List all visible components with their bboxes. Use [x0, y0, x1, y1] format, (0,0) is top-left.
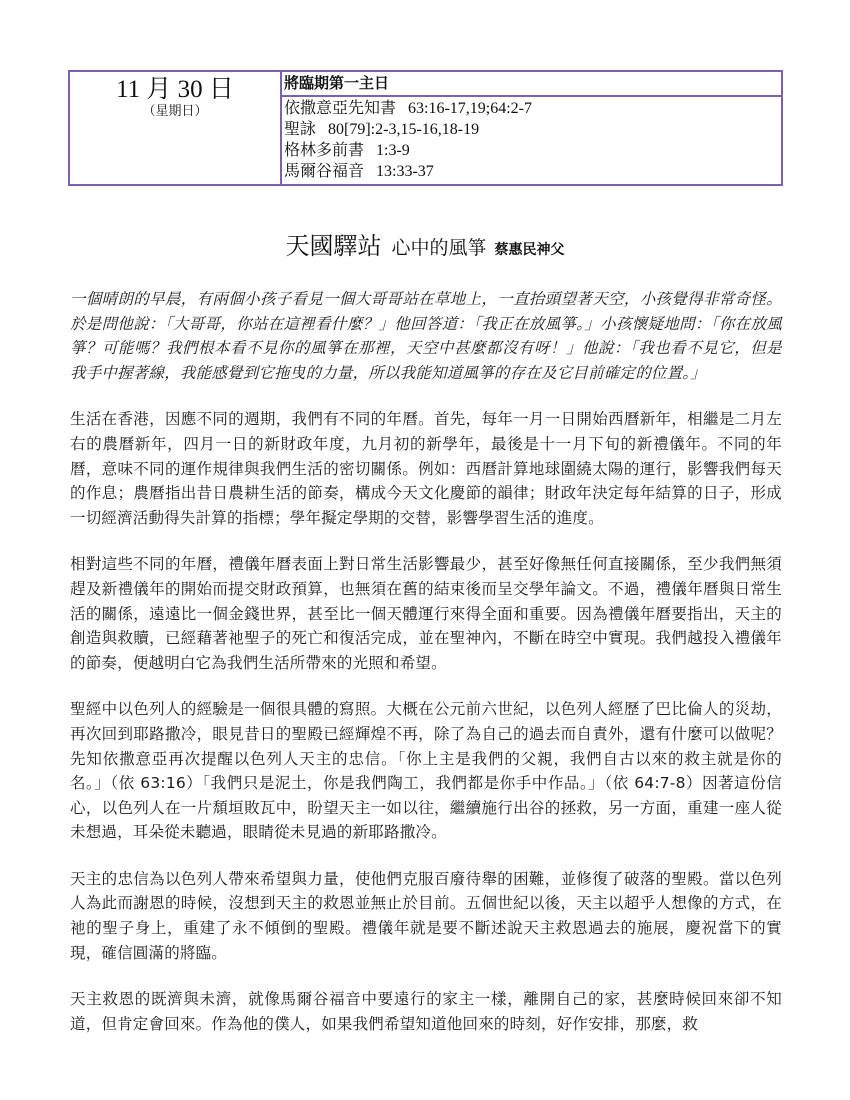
liturgical-season-title: 將臨期第一主日: [282, 72, 781, 97]
reading-book: 聖詠: [284, 119, 316, 140]
reading-book: 馬爾谷福音: [284, 161, 364, 182]
article-author: 蔡惠民神父: [495, 242, 565, 258]
body-paragraph: 聖經中以色列人的經驗是一個很具體的寫照。大概在公元前六世紀，以色列人經歷了巴比倫…: [70, 697, 782, 845]
column-series-name: 天國驛站: [285, 232, 381, 260]
bulletin-page: 11 月 30 日 （星期日） 將臨期第一主日 依撒意亞先知書63:16-17,…: [0, 0, 850, 1100]
reading-reference: 1:3-9: [376, 140, 410, 161]
reading-item: 依撒意亞先知書63:16-17,19;64:2-7: [284, 98, 781, 119]
liturgy-date: 11 月 30 日: [70, 76, 280, 104]
reading-item: 格林多前書1:3-9: [284, 140, 781, 161]
reading-book: 格林多前書: [284, 140, 364, 161]
reading-item: 馬爾谷福音13:33-37: [284, 161, 781, 182]
intro-paragraph: 一個晴朗的早晨，有兩個小孩子看見一個大哥哥站在草地上，一直抬頭望著天空，小孩覺得…: [70, 287, 782, 385]
readings-cell: 將臨期第一主日 依撒意亞先知書63:16-17,19;64:2-7 聖詠80[7…: [282, 72, 781, 184]
article-heading: 天國驛站心中的風箏蔡惠民神父: [0, 230, 850, 262]
body-paragraph: 相對這些不同的年曆，禮儀年曆表面上對日常生活影響最少，甚至好像無任何直接關係，至…: [70, 552, 782, 675]
reading-list: 依撒意亞先知書63:16-17,19;64:2-7 聖詠80[79]:2-3,1…: [282, 97, 781, 182]
reading-item: 聖詠80[79]:2-3,15-16,18-19: [284, 119, 781, 140]
body-paragraph: 天主的忠信為以色列人帶來希望與力量，使他們克服百廢待舉的困難，並修復了破落的聖殿…: [70, 867, 782, 965]
body-paragraph: 生活在香港，因應不同的週期，我們有不同的年曆。首先，每年一月一日開始西曆新年，相…: [70, 407, 782, 530]
article-body: 一個晴朗的早晨，有兩個小孩子看見一個大哥哥站在草地上，一直抬頭望著天空，小孩覺得…: [70, 287, 782, 1058]
date-cell: 11 月 30 日 （星期日）: [70, 72, 282, 184]
reading-reference: 63:16-17,19;64:2-7: [408, 98, 532, 119]
reading-reference: 13:33-37: [376, 161, 434, 182]
body-paragraph: 天主救恩的既濟與未濟，就像馬爾谷福音中要遠行的家主一樣，離開自己的家，甚麼時候回…: [70, 987, 782, 1036]
article-title: 心中的風箏: [391, 237, 486, 259]
liturgy-weekday: （星期日）: [70, 104, 280, 120]
reading-book: 依撒意亞先知書: [284, 98, 396, 119]
reading-reference: 80[79]:2-3,15-16,18-19: [328, 119, 479, 140]
liturgy-readings-table: 11 月 30 日 （星期日） 將臨期第一主日 依撒意亞先知書63:16-17,…: [68, 70, 783, 186]
